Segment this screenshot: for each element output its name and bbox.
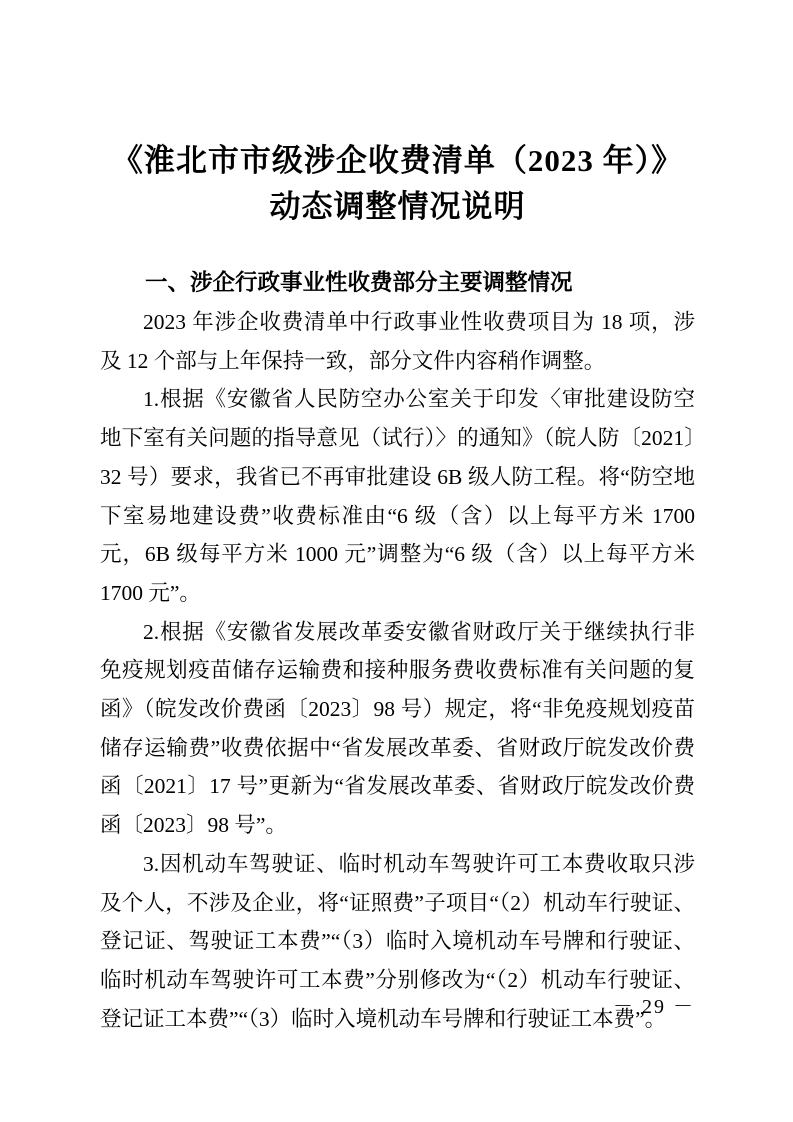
section-heading: 一、涉企行政事业性收费部分主要调整情况	[100, 263, 695, 303]
document-page: 《淮北市市级涉企收费清单（2023 年）》 动态调整情况说明 一、涉企行政事业性…	[0, 0, 793, 1122]
page-title: 《淮北市市级涉企收费清单（2023 年）》 动态调整情况说明	[100, 138, 695, 230]
paragraph-item-3: 3.因机动车驾驶证、临时机动车驾驶许可工本费收取只涉及个人，不涉及企业，将“证照…	[100, 845, 695, 1039]
title-line-2: 动态调整情况说明	[100, 184, 695, 230]
paragraph-intro: 2023 年涉企收费清单中行政事业性收费项目为 18 项，涉及 12 个部与上年…	[100, 303, 695, 380]
title-line-1: 《淮北市市级涉企收费清单（2023 年）》	[100, 138, 695, 184]
page-number: － 29 －	[613, 990, 695, 1019]
paragraph-item-2: 2.根据《安徽省发展改革委安徽省财政厅关于继续执行非免疫规划疫苗储存运输费和接种…	[100, 613, 695, 845]
paragraph-item-1: 1.根据《安徽省人民防空办公室关于印发〈审批建设防空地下室有关问题的指导意见（试…	[100, 380, 695, 612]
document-body: 2023 年涉企收费清单中行政事业性收费项目为 18 项，涉及 12 个部与上年…	[100, 303, 695, 1038]
